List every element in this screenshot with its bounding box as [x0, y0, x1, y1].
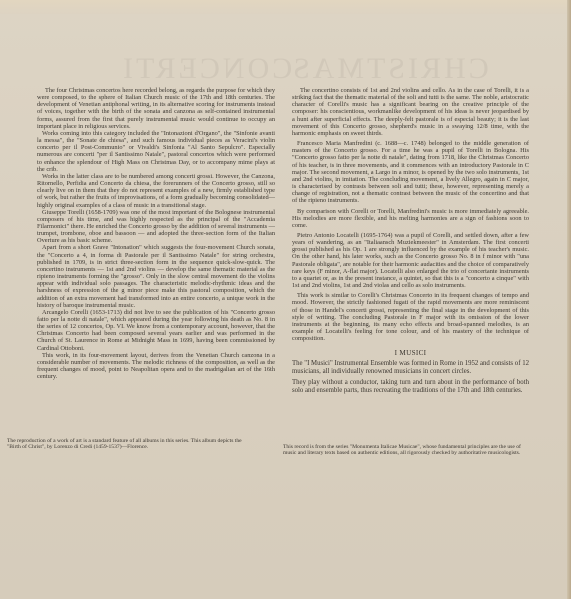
- paragraph: Arcangelo Corelli (1653-1713) did not li…: [37, 309, 275, 352]
- paragraph: The "I Musici" Instrumental Ensemble was…: [292, 360, 529, 375]
- liner-notes-page: CONCERTI CHRISTMAS The four Christmas co…: [0, 0, 571, 599]
- series-footnote: This record is from the series "Monument…: [283, 444, 529, 457]
- paragraph: Pietro Antonio Locatelli (1695-1764) was…: [292, 232, 529, 289]
- section-heading: I MUSICI: [292, 350, 529, 357]
- paragraph: Francesco Maria Manfredini (c. 1688—c. 1…: [292, 140, 529, 204]
- paragraph: They play without a conductor, taking tu…: [292, 379, 529, 394]
- paragraph: This work, in its four-movement layout, …: [37, 352, 275, 381]
- paragraph: The four Christmas concertos here record…: [37, 87, 275, 130]
- paragraph: Works in the latter class are to be numb…: [37, 173, 275, 209]
- artwork-footnote: The reproduction of a work of art is a s…: [7, 438, 253, 451]
- show-through-text-right: CHRISTMAS: [290, 52, 489, 86]
- paragraph: Giuseppe Torelli (1658-1709) was one of …: [37, 209, 275, 245]
- paragraph: By comparison with Corelli or Torelli, M…: [292, 208, 529, 229]
- page-top-edge: [0, 0, 571, 14]
- paragraph: This work is similar to Corelli's Christ…: [292, 292, 529, 342]
- paragraph: Apart from a short Grave "Intonation" wh…: [37, 244, 275, 308]
- paragraph: The concertino consists of 1st and 2nd v…: [292, 87, 529, 137]
- paragraph: Works coming into this category included…: [37, 130, 275, 173]
- show-through-text-left: CONCERTI: [120, 52, 292, 86]
- page-right-edge: [567, 0, 571, 599]
- left-column: The four Christmas concertos here record…: [37, 87, 275, 380]
- right-column: The concertino consists of 1st and 2nd v…: [292, 87, 529, 394]
